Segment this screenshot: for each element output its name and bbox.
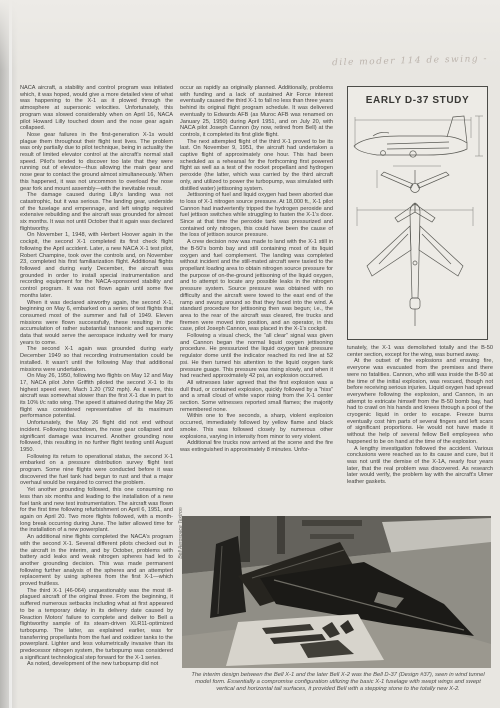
paragraph: Jettisoning of fuel and liquid oxygen ha… — [180, 192, 333, 239]
wind-tunnel-photo-art — [182, 516, 491, 668]
paragraph: Following its return to operational stat… — [20, 454, 173, 488]
paragraph: A crew decision now was made to land wit… — [180, 239, 333, 333]
paragraph: All witnesses later agreed that the firs… — [180, 380, 333, 414]
paragraph: The third X-1 (46-064) unquestionably wa… — [20, 588, 173, 662]
text-column-middle: occur as rapidly as originally planned. … — [180, 85, 333, 454]
paragraph: Additional fire trucks now arrived at th… — [180, 440, 333, 453]
paragraph: The damage caused during Lilly's landing… — [20, 192, 173, 232]
paragraph: The second X-1 again was grounded during… — [20, 346, 173, 373]
paragraph: Nose gear failures in the first-generati… — [20, 132, 173, 192]
photo-caption: The interim design between the Bell X-1 … — [188, 672, 488, 694]
paragraph: Unfortunately, the May 26 flight did not… — [20, 420, 173, 454]
paragraph: Within one to five seconds, a sharp, vio… — [180, 413, 333, 440]
figure-title: EARLY D-37 STUDY — [348, 95, 487, 106]
paragraph: When it was declared airworthy again, th… — [20, 300, 173, 347]
figure-box-early-d37-study: EARLY D-37 STUDY — [347, 86, 488, 340]
paragraph: On November 1, 1948, with Herbert Hoover… — [20, 232, 173, 299]
d37-three-view-diagram — [349, 108, 486, 330]
paragraph: A lengthy investigation followed the acc… — [347, 446, 493, 486]
wind-tunnel-model-photo — [182, 516, 491, 668]
paragraph: occur as rapidly as originally planned. … — [180, 85, 333, 139]
page-gutter-highlight — [9, 0, 12, 708]
paragraph: At the outset of the explosions and ensu… — [347, 358, 493, 445]
scanned-page: dile moder 114 de swing - NACA aircraft,… — [0, 0, 500, 708]
paragraph: tunately, the X-1 was demolished totally… — [347, 345, 493, 358]
paragraph: As noted, development of the new turbopu… — [20, 661, 173, 668]
paragraph: On May 26, 1950, following two flights o… — [20, 373, 173, 420]
paragraph: An additional nine flights completed the… — [20, 534, 173, 588]
paragraph: Following a visual check, the “all clear… — [180, 333, 333, 380]
paragraph: NACA aircraft, a stability and control p… — [20, 85, 173, 132]
paragraph: The next attempted flight of the third X… — [180, 139, 333, 193]
paragraph: Yet another grounding followed, this one… — [20, 487, 173, 534]
text-column-right: tunately, the X-1 was demolished totally… — [347, 345, 493, 486]
text-column-left: NACA aircraft, a stability and control p… — [20, 85, 173, 668]
